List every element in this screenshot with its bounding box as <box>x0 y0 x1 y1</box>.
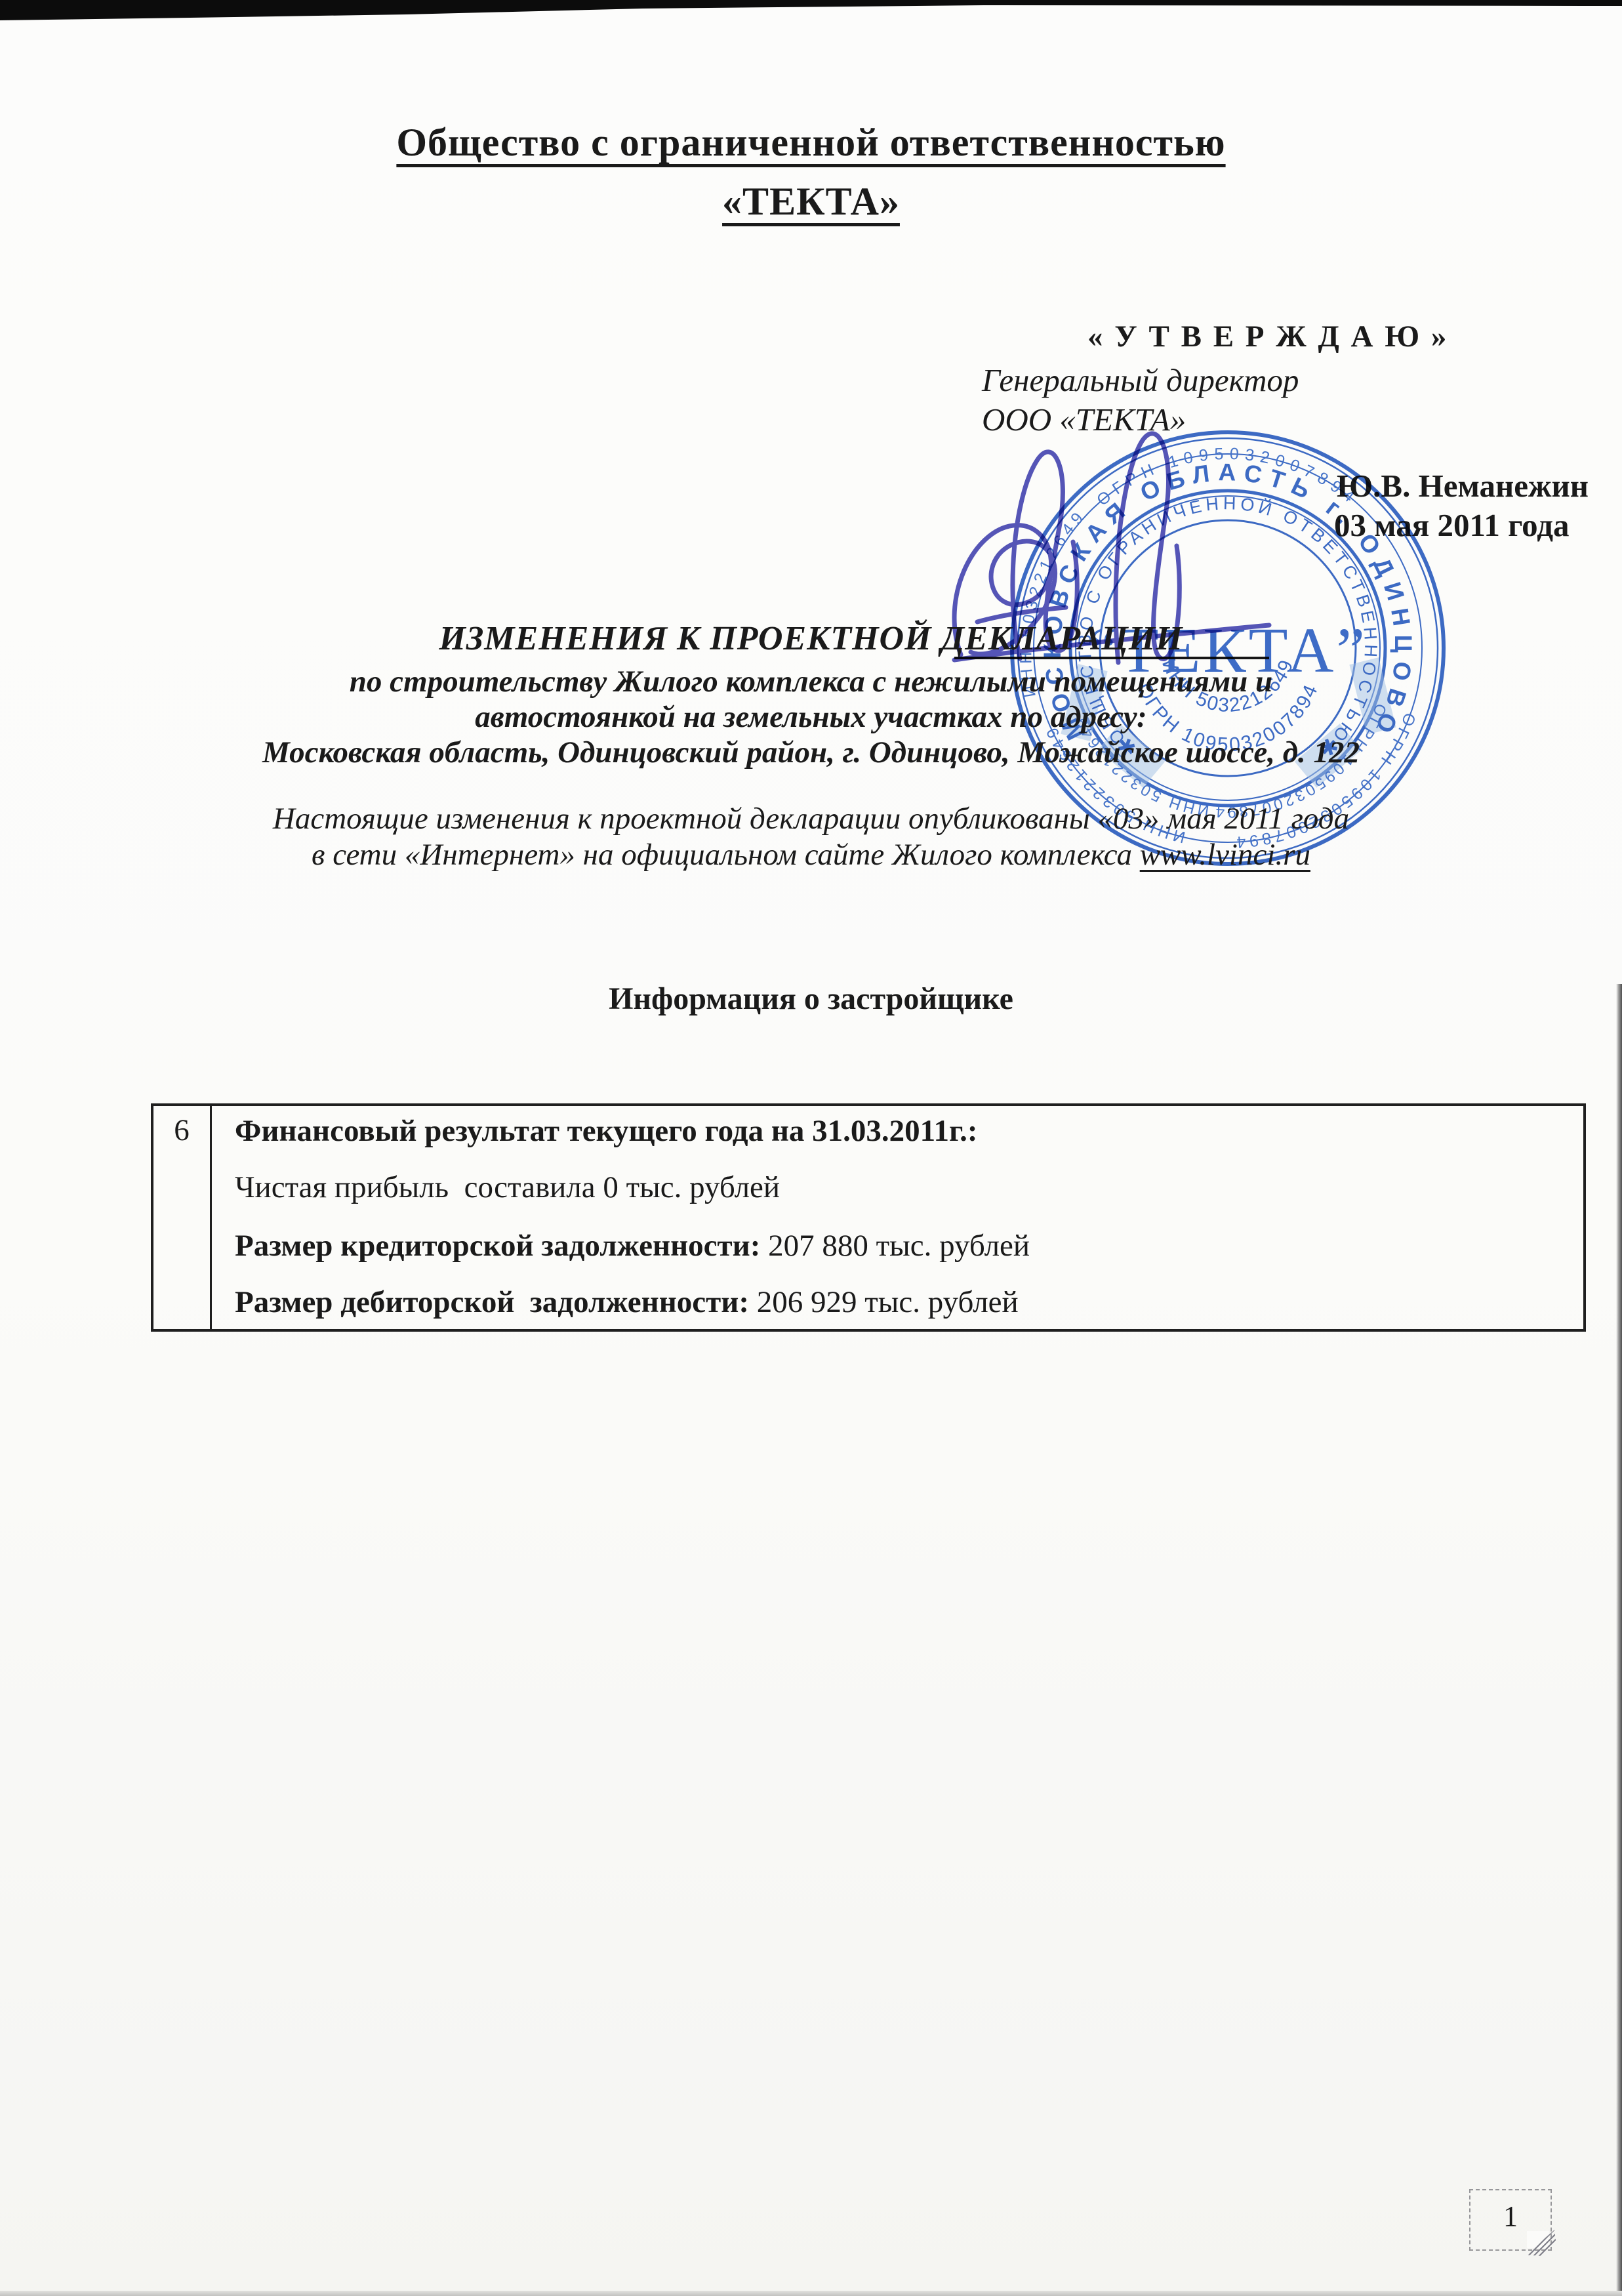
doc-heading-line2: по строительству Жилого комплекса с нежи… <box>0 664 1622 699</box>
doc-heading-line1: ИЗМЕНЕНИЯ К ПРОЕКТНОЙ ДЕКЛАРАЦИИ <box>0 619 1622 658</box>
approve-label: « У Т В Е Р Ж Д А Ю » <box>1087 319 1448 354</box>
net-profit-text: Чистая прибыль составила 0 тыс. рублей <box>235 1170 780 1204</box>
row-number: 6 <box>153 1113 210 1148</box>
info-table: 6 Финансовый результат текущего года на … <box>151 1103 1586 1332</box>
site-url: www.lvinci.ru <box>1140 838 1310 872</box>
financial-result-label: Финансовый результат текущего года на 31… <box>235 1114 978 1148</box>
payables-label: Размер кредиторской задолженности: <box>235 1229 760 1263</box>
director-role-line: Генеральный директор <box>982 361 1299 399</box>
org-title-line2: «ТЕКТА» <box>0 179 1622 224</box>
row-number-cell: 6 <box>153 1106 212 1329</box>
page-number-box: 1 <box>1469 2189 1552 2251</box>
scan-bottom-edge-artifact <box>0 2291 1622 2296</box>
scan-right-edge-artifact <box>1616 984 1622 2296</box>
payables-value: 207 880 тыс. рублей <box>760 1229 1030 1263</box>
page-number: 1 <box>1470 2200 1551 2233</box>
receivables-label: Размер дебиторской задолженности: <box>235 1285 749 1319</box>
doc-heading-line3: автостоянкой на земельных участках по ад… <box>0 699 1622 735</box>
payables-line: Размер кредиторской задолженности: 207 8… <box>235 1228 1564 1263</box>
org-title-line1: Общество с ограниченной ответственностью <box>0 120 1622 165</box>
scanned-document-page: Общество с ограниченной ответственностью… <box>0 0 1622 2296</box>
financial-result-line: Финансовый результат текущего года на 31… <box>235 1113 1564 1149</box>
publication-line2: в сети «Интернет» на официальном сайте Ж… <box>0 837 1622 872</box>
net-profit-line: Чистая прибыль составила 0 тыс. рублей <box>235 1170 1564 1205</box>
receivables-line: Размер дебиторской задолженности: 206 92… <box>235 1284 1564 1320</box>
scan-top-edge-artifact <box>0 0 1622 21</box>
publication-line2-text: в сети «Интернет» на официальном сайте Ж… <box>312 838 1140 872</box>
publication-line1: Настоящие изменения к проектной декларац… <box>0 801 1622 836</box>
doc-heading-line4: Московская область, Одинцовский район, г… <box>0 735 1622 770</box>
receivables-value: 206 929 тыс. рублей <box>749 1285 1019 1319</box>
section-title: Информация о застройщике <box>0 981 1622 1017</box>
